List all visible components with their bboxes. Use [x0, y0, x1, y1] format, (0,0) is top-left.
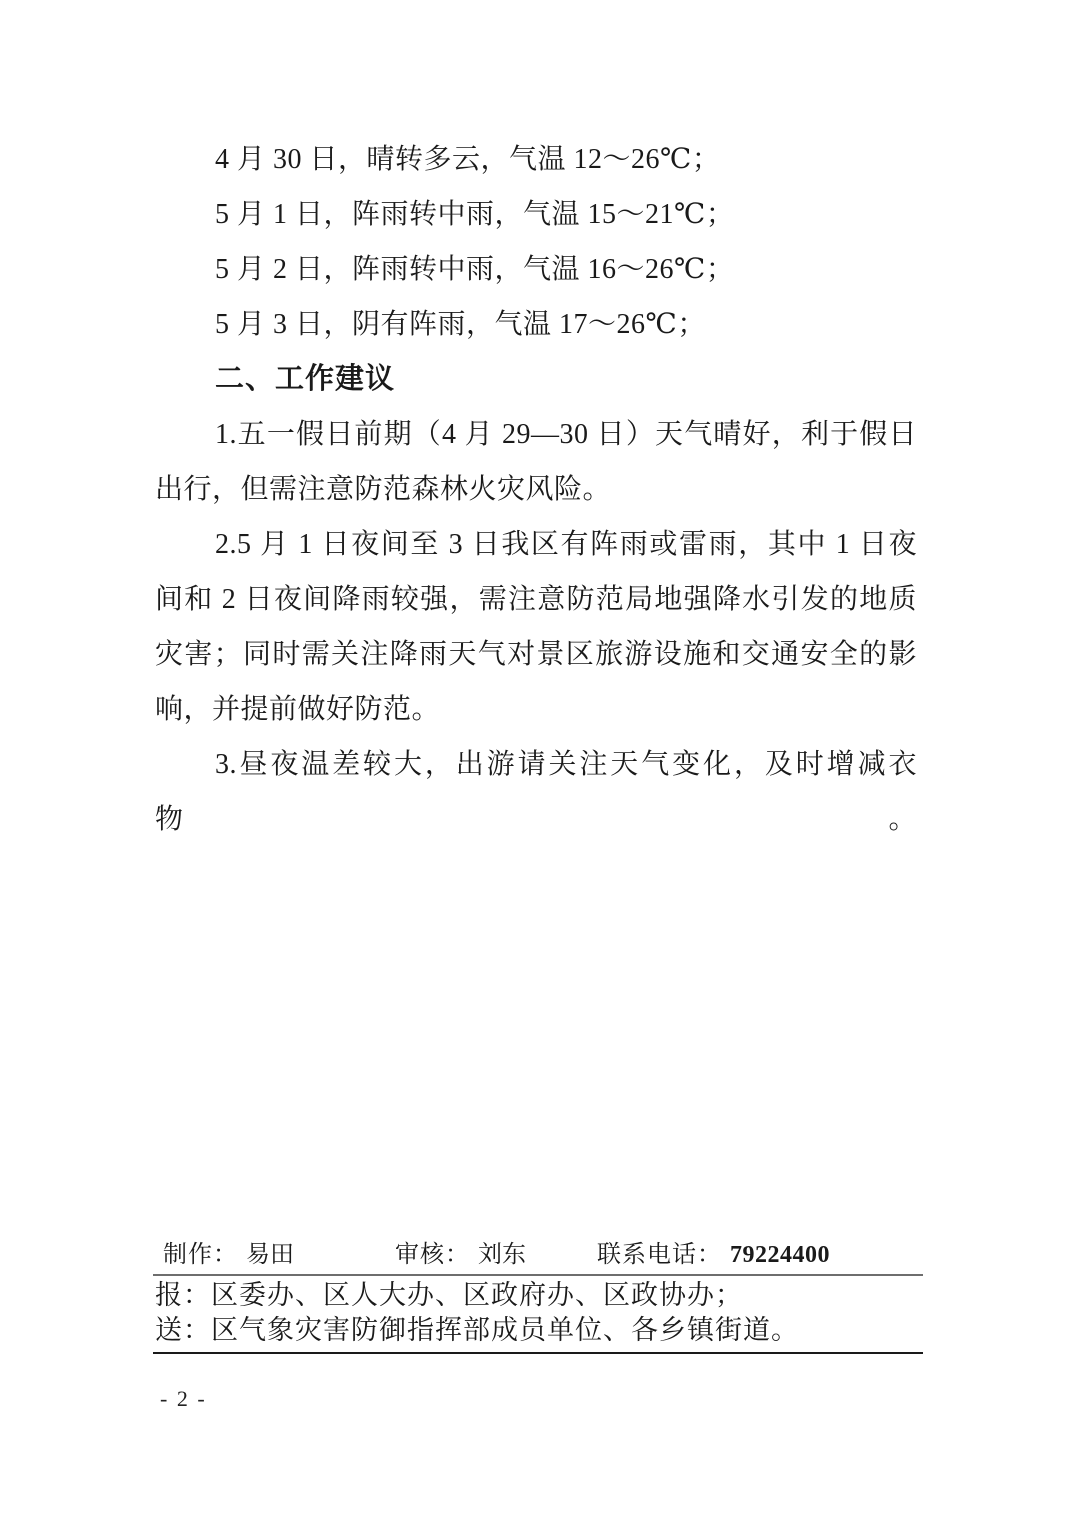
phone-number: 79224400	[730, 1242, 830, 1268]
maker-name: 易田	[246, 1242, 294, 1268]
section-heading: 二、工作建议	[155, 352, 917, 407]
document-footer: 制作：易田 审核：刘东 联系电话：79224400 报：区委办、区人大办、区政府…	[153, 1236, 923, 1354]
phone-label: 联系电话：	[597, 1242, 722, 1268]
document-body: 4 月 30 日，晴转多云，气温 12～26℃； 5 月 1 日，阵雨转中雨，气…	[155, 132, 917, 847]
paragraph-line: 间和 2 日夜间降雨较强，需注意防范局地强降水引发的地质	[155, 572, 917, 627]
footer-divider-bottom	[153, 1352, 923, 1354]
footer-credits-row: 制作：易田 审核：刘东 联系电话：79224400	[153, 1236, 923, 1274]
page-number: - 2 -	[160, 1386, 207, 1412]
paragraph-line: 出行，但需注意防范森林火灾风险。	[155, 462, 917, 517]
maker-label: 制作：	[163, 1242, 238, 1268]
forecast-line: 5 月 2 日，阵雨转中雨，气温 16～26℃；	[155, 242, 917, 297]
forecast-line: 5 月 1 日，阵雨转中雨，气温 15～21℃；	[155, 187, 917, 242]
footer-maker: 制作：易田	[163, 1236, 294, 1274]
forecast-line: 5 月 3 日，阴有阵雨，气温 17～26℃；	[155, 297, 917, 352]
send-to-line: 送：区气象灾害防御指挥部成员单位、各乡镇街道。	[155, 1313, 923, 1348]
paragraph-line: 3.昼夜温差较大，出游请关注天气变化，及时增减衣物。	[155, 737, 917, 847]
document-page: 4 月 30 日，晴转多云，气温 12～26℃； 5 月 1 日，阵雨转中雨，气…	[0, 0, 1074, 1520]
distribution-lines: 报：区委办、区人大办、区政府办、区政协办； 送：区气象灾害防御指挥部成员单位、各…	[153, 1276, 923, 1352]
paragraph-line: 响，并提前做好防范。	[155, 682, 917, 737]
paragraph-line: 灾害；同时需关注降雨天气对景区旅游设施和交通安全的影	[155, 627, 917, 682]
reviewer-name: 刘东	[478, 1242, 526, 1268]
footer-reviewer: 审核：刘东	[395, 1236, 526, 1274]
reviewer-label: 审核：	[395, 1242, 470, 1268]
paragraph-line: 2.5 月 1 日夜间至 3 日我区有阵雨或雷雨，其中 1 日夜	[155, 517, 917, 572]
paragraph-line: 1.五一假日前期（4 月 29—30 日）天气晴好，利于假日	[155, 407, 917, 462]
forecast-line: 4 月 30 日，晴转多云，气温 12～26℃；	[155, 132, 917, 187]
footer-phone: 联系电话：79224400	[597, 1236, 830, 1274]
report-to-line: 报：区委办、区人大办、区政府办、区政协办；	[155, 1278, 923, 1313]
